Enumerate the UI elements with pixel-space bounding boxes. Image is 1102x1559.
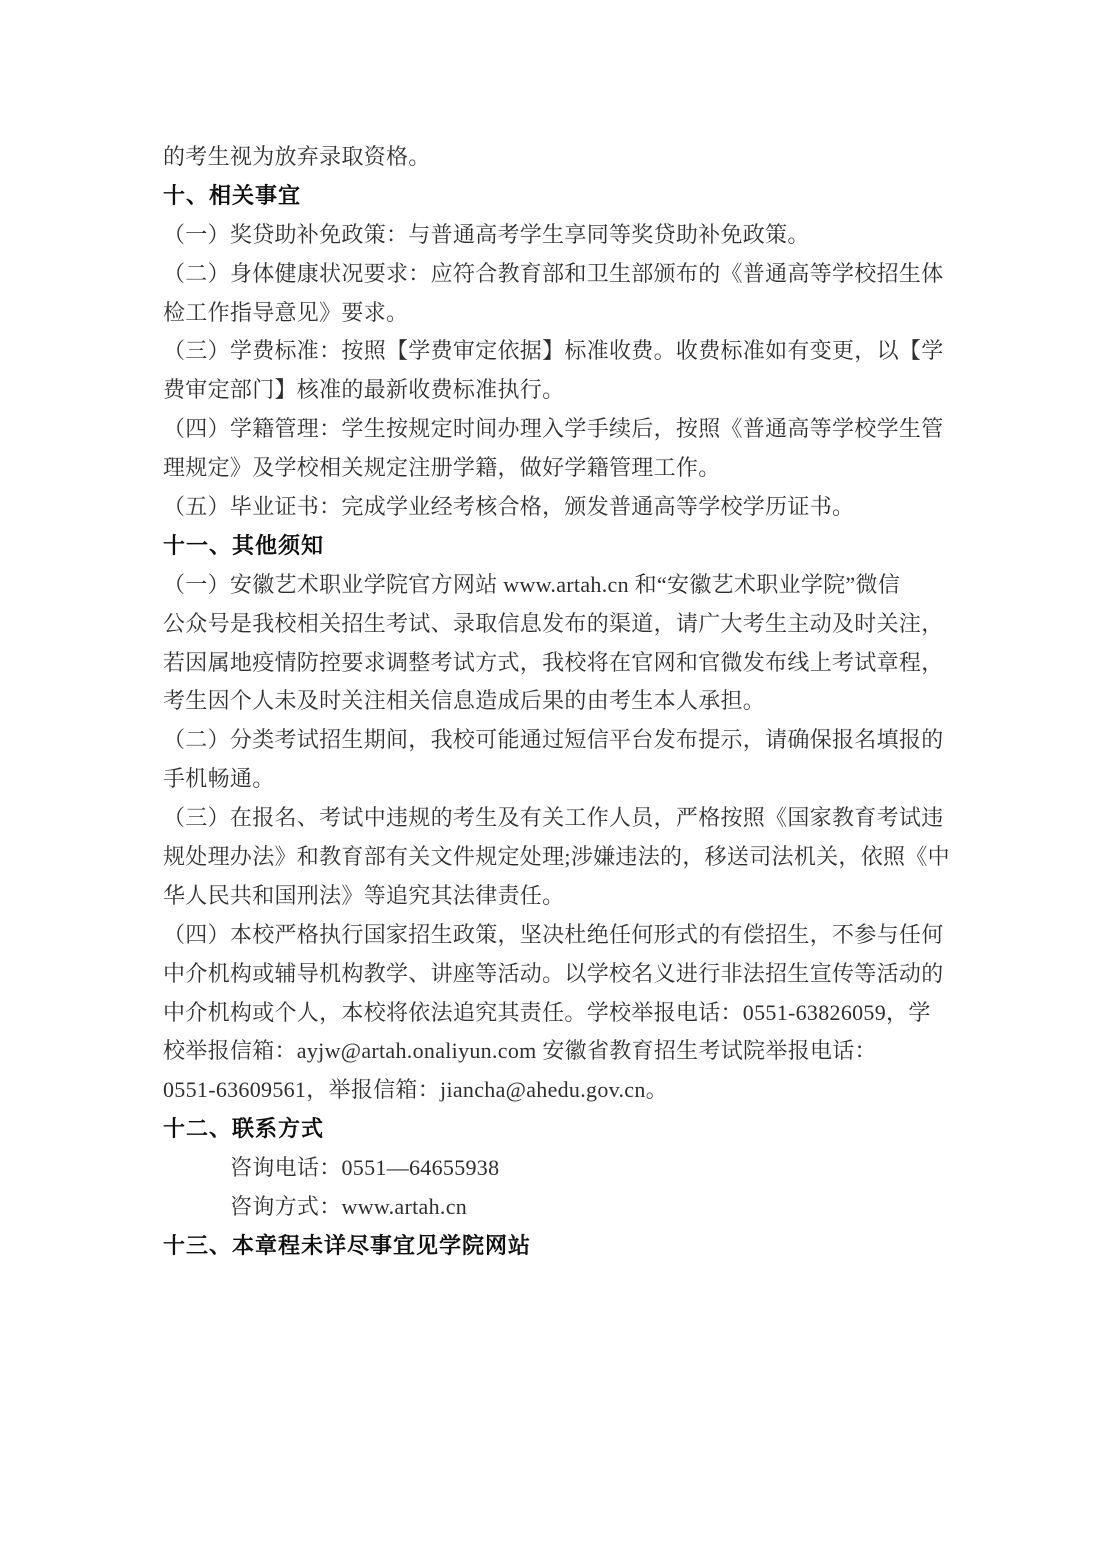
- text-line: （三）学费标准：按照【学费审定依据】标准收费。收费标准如有变更，以【学: [163, 332, 955, 371]
- text-line: （二）分类考试招生期间，我校可能通过短信平台发布提示，请确保报名填报的: [163, 721, 955, 760]
- text-line: 理规定》及学校相关规定注册学籍，做好学籍管理工作。: [163, 449, 955, 488]
- text-line: 若因属地疫情防控要求调整考试方式，我校将在官网和官微发布线上考试章程，: [163, 644, 955, 683]
- text-line: （一）奖贷助补免政策：与普通高考学生享同等奖贷助补免政策。: [163, 216, 955, 255]
- text-line: 公众号是我校相关招生考试、录取信息发布的渠道，请广大考生主动及时关注，: [163, 605, 955, 644]
- section-heading: 十二、联系方式: [163, 1110, 955, 1149]
- text-line: 咨询方式：www.artah.cn: [163, 1188, 955, 1227]
- text-line: （三）在报名、考试中违规的考生及有关工作人员，严格按照《国家教育考试违: [163, 799, 955, 838]
- document-content: 的考生视为放弃录取资格。十、相关事宜（一）奖贷助补免政策：与普通高考学生享同等奖…: [163, 138, 955, 1266]
- section-heading: 十一、其他须知: [163, 527, 955, 566]
- text-line: 检工作指导意见》要求。: [163, 294, 955, 333]
- section-heading: 十三、本章程未详尽事宜见学院网站: [163, 1227, 955, 1266]
- text-line: 中介机构或辅导机构教学、讲座等活动。以学校名义进行非法招生宣传等活动的: [163, 955, 955, 994]
- text-line: 华人民共和国刑法》等追究其法律责任。: [163, 877, 955, 916]
- text-line: （二）身体健康状况要求：应符合教育部和卫生部颁布的《普通高等学校招生体: [163, 255, 955, 294]
- text-line: 规处理办法》和教育部有关文件规定处理;涉嫌违法的，移送司法机关，依照《中: [163, 838, 955, 877]
- text-line: 考生因个人未及时关注相关信息造成后果的由考生本人承担。: [163, 682, 955, 721]
- text-line: 的考生视为放弃录取资格。: [163, 138, 955, 177]
- text-line: （一）安徽艺术职业学院官方网站 www.artah.cn 和“安徽艺术职业学院”…: [163, 566, 955, 605]
- text-line: 费审定部门】核准的最新收费标准执行。: [163, 371, 955, 410]
- text-line: 校举报信箱：ayjw@artah.onaliyun.com 安徽省教育招生考试院…: [163, 1032, 955, 1071]
- text-line: 0551-63609561，举报信箱：jiancha@ahedu.gov.cn。: [163, 1071, 955, 1110]
- text-line: （四）学籍管理：学生按规定时间办理入学手续后，按照《普通高等学校学生管: [163, 410, 955, 449]
- text-line: （四）本校严格执行国家招生政策，坚决杜绝任何形式的有偿招生，不参与任何: [163, 916, 955, 955]
- document-page: 的考生视为放弃录取资格。十、相关事宜（一）奖贷助补免政策：与普通高考学生享同等奖…: [0, 0, 1102, 1559]
- text-line: （五）毕业证书：完成学业经考核合格，颁发普通高等学校学历证书。: [163, 488, 955, 527]
- text-line: 咨询电话：0551—64655938: [163, 1149, 955, 1188]
- text-line: 中介机构或个人，本校将依法追究其责任。学校举报电话：0551-63826059，…: [163, 994, 955, 1033]
- text-line: 手机畅通。: [163, 760, 955, 799]
- section-heading: 十、相关事宜: [163, 177, 955, 216]
